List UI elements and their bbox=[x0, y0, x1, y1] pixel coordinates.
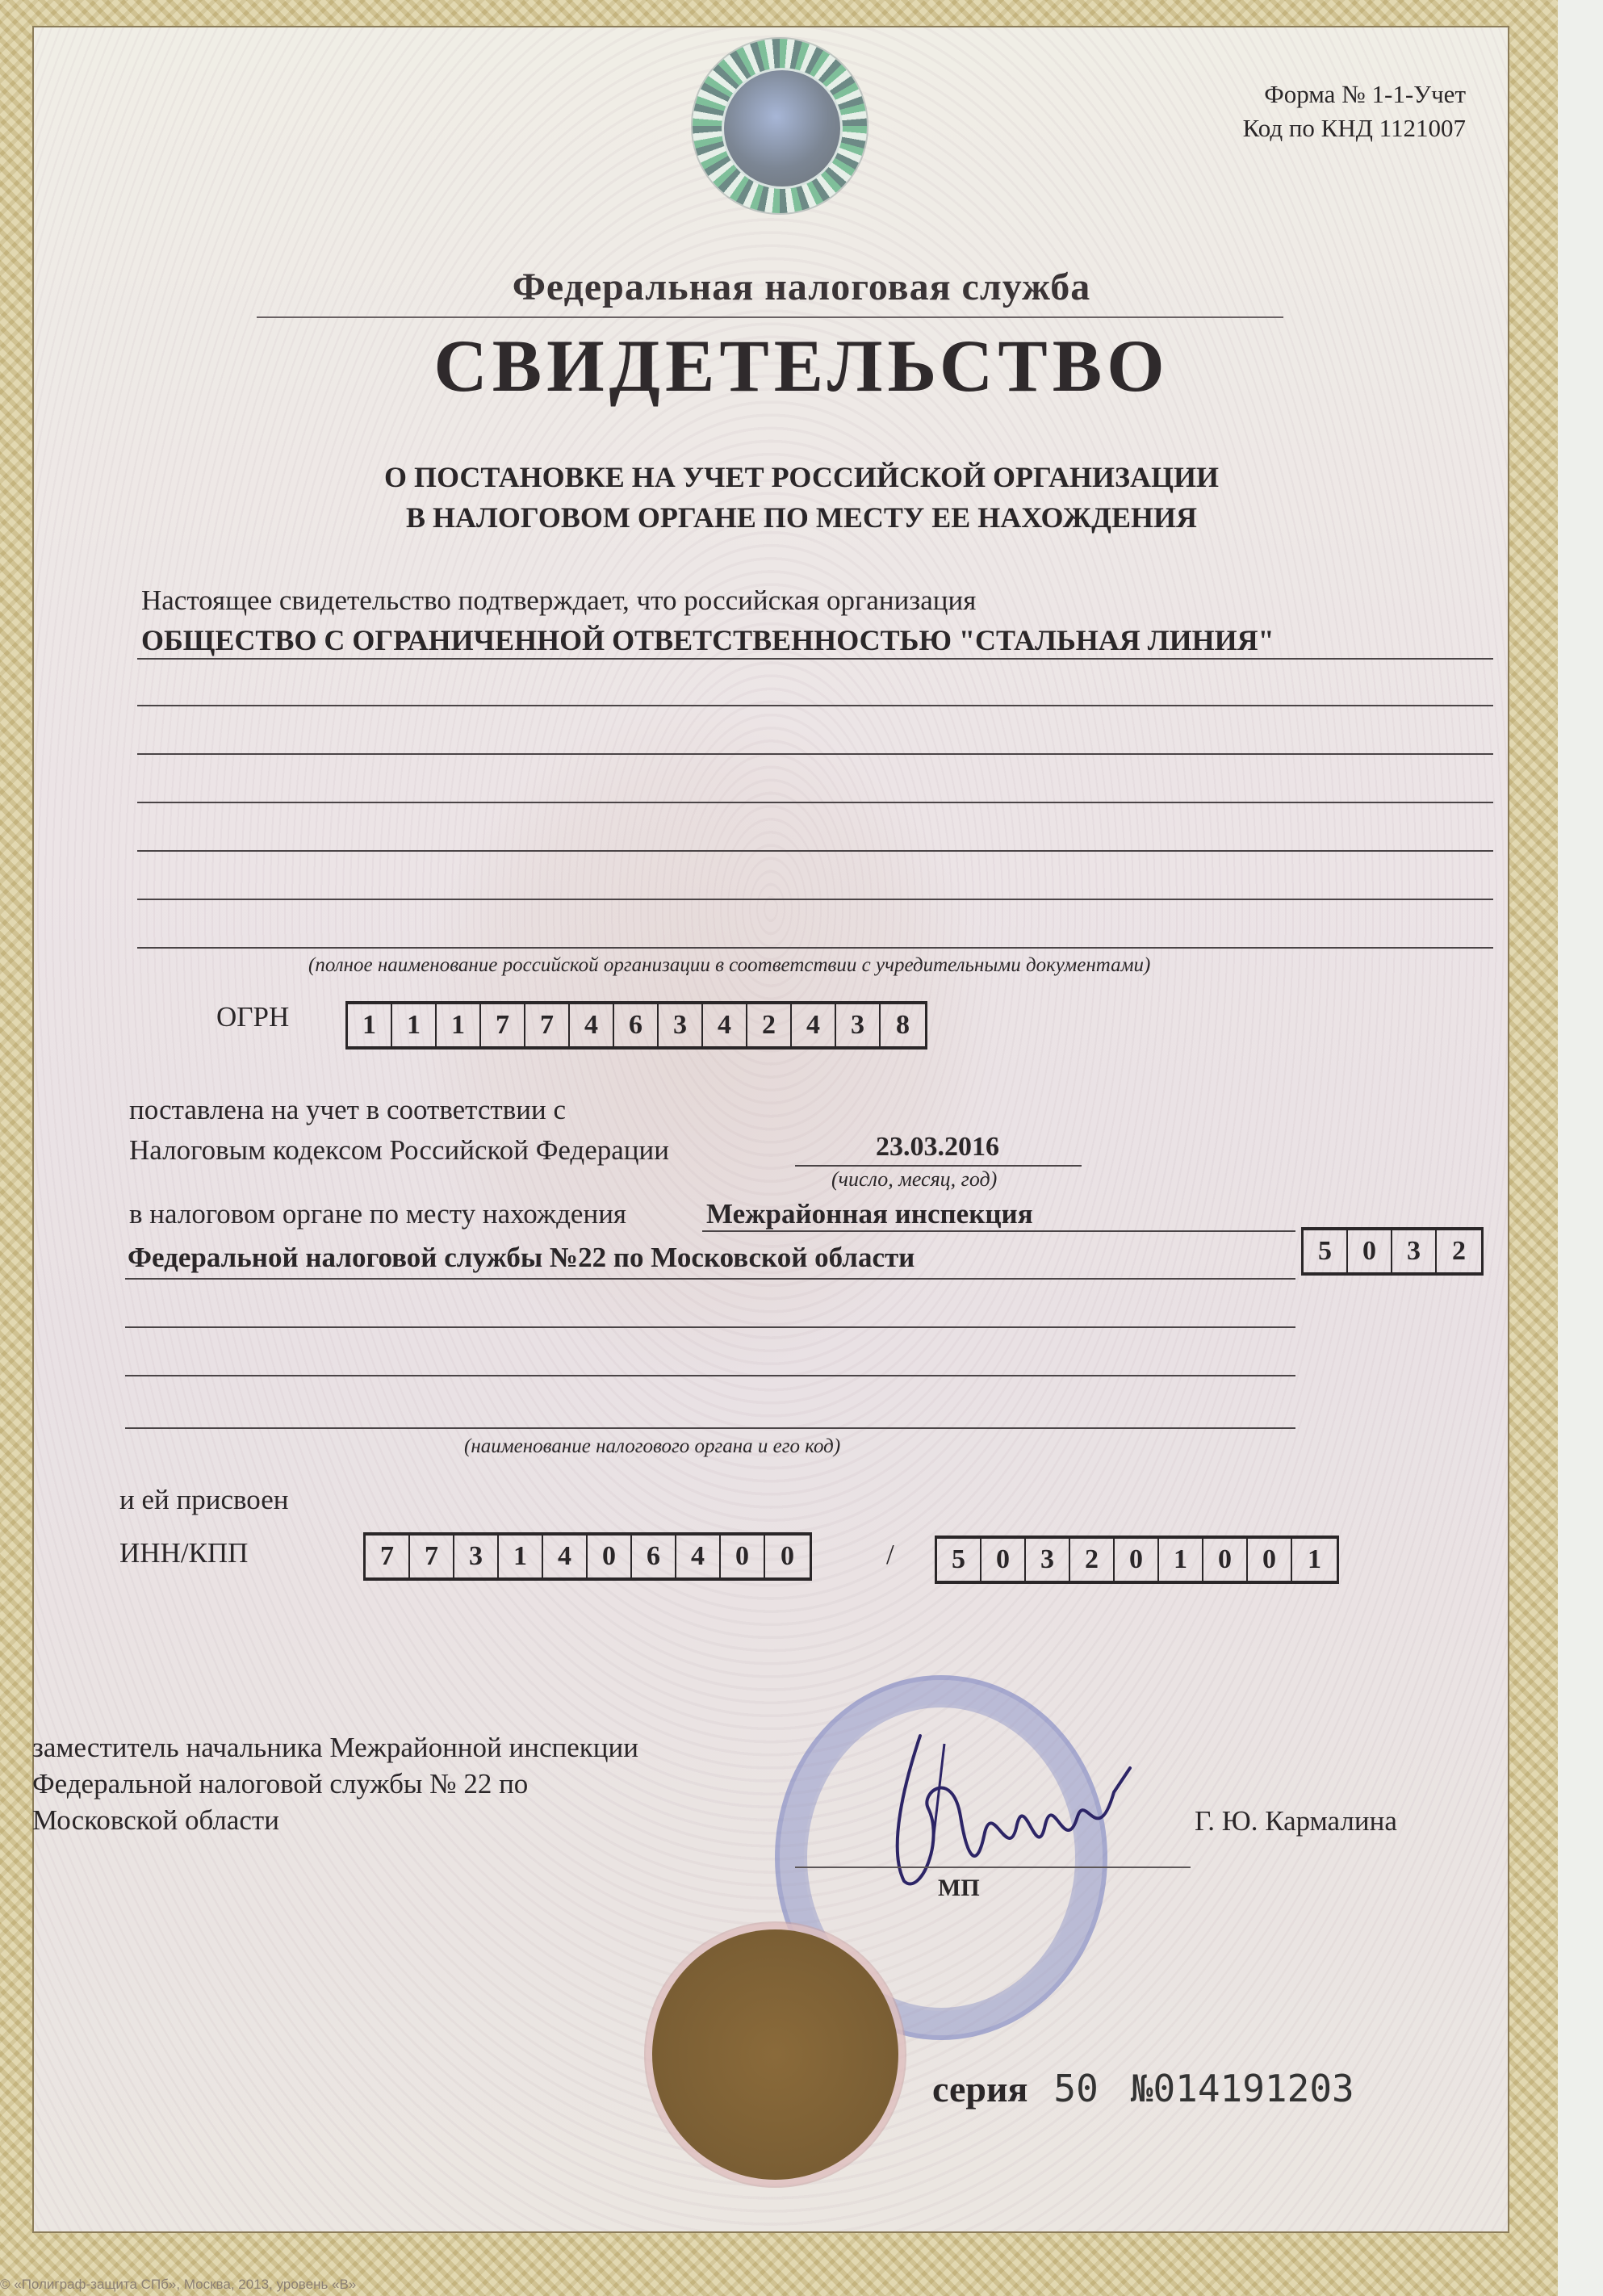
digit-cell: 5 bbox=[937, 1539, 981, 1581]
tax-authority-line bbox=[125, 1326, 1295, 1328]
subtitle-line-1: О ПОСТАНОВКЕ НА УЧЕТ РОССИЙСКОЙ ОРГАНИЗА… bbox=[0, 457, 1603, 497]
tax-authority-caption: (наименование налогового органа и его ко… bbox=[464, 1435, 840, 1458]
inn-cells: 7731406400 bbox=[363, 1532, 812, 1581]
digit-cell: 0 bbox=[1248, 1539, 1292, 1581]
digit-cell: 0 bbox=[721, 1536, 765, 1577]
digit-cell: 4 bbox=[676, 1536, 721, 1577]
digit-cell: 8 bbox=[881, 1004, 925, 1046]
organization-line bbox=[137, 753, 1493, 755]
tax-authority-code-cells: 5032 bbox=[1301, 1227, 1484, 1276]
tax-authority-intro: в налоговом органе по месту нахождения bbox=[129, 1198, 626, 1230]
security-seal-icon bbox=[652, 1929, 898, 2180]
knd-code: Код по КНД 1121007 bbox=[1243, 111, 1466, 145]
organization-line bbox=[137, 658, 1493, 660]
signatory-position-line-1: заместитель начальника Межрайонной инспе… bbox=[32, 1732, 638, 1764]
digit-cell: 7 bbox=[410, 1536, 454, 1577]
digit-cell: 1 bbox=[1159, 1539, 1203, 1581]
digit-cell: 7 bbox=[481, 1004, 525, 1046]
signatory-position-line-2: Федеральной налоговой службы № 22 по bbox=[32, 1768, 528, 1800]
subtitle-line-2: В НАЛОГОВОМ ОРГАНЕ ПО МЕСТУ ЕЕ НАХОЖДЕНИ… bbox=[0, 497, 1603, 538]
registration-line-1: поставлена на учет в соответствии с bbox=[129, 1094, 566, 1126]
ogrn-label: ОГРН bbox=[216, 1001, 289, 1033]
registration-date: 23.03.2016 bbox=[876, 1132, 999, 1163]
kpp-cells: 503201001 bbox=[935, 1536, 1339, 1584]
document-subtitle: О ПОСТАНОВКЕ НА УЧЕТ РОССИЙСКОЙ ОРГАНИЗА… bbox=[0, 457, 1603, 538]
organization-name: ОБЩЕСТВО С ОГРАНИЧЕННОЙ ОТВЕТСТВЕННОСТЬЮ… bbox=[141, 623, 1274, 657]
serial-label: серия bbox=[932, 2068, 1028, 2110]
digit-cell: 5 bbox=[1304, 1230, 1348, 1272]
digit-cell: 1 bbox=[1292, 1539, 1337, 1581]
tax-authority-name-line-2: Федеральной налоговой службы №22 по Моск… bbox=[128, 1242, 915, 1274]
organization-line bbox=[137, 899, 1493, 900]
inn-kpp-label: ИНН/КПП bbox=[119, 1537, 248, 1569]
hologram-emblem-icon bbox=[693, 39, 867, 213]
digit-cell: 3 bbox=[1026, 1539, 1070, 1581]
digit-cell: 3 bbox=[1392, 1230, 1437, 1272]
digit-cell: 7 bbox=[525, 1004, 570, 1046]
digit-cell: 3 bbox=[454, 1536, 499, 1577]
registration-line-2: Налоговым кодексом Российской Федерации bbox=[129, 1134, 669, 1167]
form-number: Форма № 1-1-Учет bbox=[1243, 78, 1466, 111]
inn-kpp-separator: / bbox=[886, 1539, 894, 1571]
tax-authority-line bbox=[702, 1230, 1295, 1232]
document-title: СВИДЕТЕЛЬСТВО bbox=[0, 323, 1603, 409]
digit-cell: 1 bbox=[437, 1004, 481, 1046]
serial-block: серия 50 №014191203 bbox=[932, 2067, 1354, 2110]
digit-cell: 2 bbox=[1437, 1230, 1481, 1272]
agency-name: Федеральная налоговая служба bbox=[0, 265, 1603, 309]
signature-icon bbox=[872, 1720, 1138, 1905]
digit-cell: 4 bbox=[703, 1004, 747, 1046]
tax-authority-line bbox=[125, 1427, 1295, 1429]
organization-line bbox=[137, 705, 1493, 706]
ogrn-cells: 1117746342438 bbox=[345, 1001, 927, 1050]
digit-cell: 4 bbox=[543, 1536, 588, 1577]
digit-cell: 2 bbox=[1070, 1539, 1115, 1581]
digit-cell: 7 bbox=[366, 1536, 410, 1577]
digit-cell: 1 bbox=[499, 1536, 543, 1577]
digit-cell: 4 bbox=[570, 1004, 614, 1046]
printer-imprint: © «Полиграф-защита СПб», Москва, 2013, у… bbox=[0, 2277, 356, 2293]
digit-cell: 3 bbox=[836, 1004, 881, 1046]
digit-cell: 0 bbox=[765, 1536, 810, 1577]
digit-cell: 0 bbox=[981, 1539, 1026, 1581]
digit-cell: 0 bbox=[1115, 1539, 1159, 1581]
digit-cell: 1 bbox=[348, 1004, 392, 1046]
digit-cell: 6 bbox=[632, 1536, 676, 1577]
digit-cell: 0 bbox=[1203, 1539, 1248, 1581]
tax-authority-line bbox=[125, 1278, 1295, 1280]
divider bbox=[257, 316, 1283, 318]
organization-line bbox=[137, 947, 1493, 949]
organization-intro: Настоящее свидетельство подтверждает, чт… bbox=[141, 584, 976, 617]
organization-line bbox=[137, 802, 1493, 803]
serial-number: №014191203 bbox=[1131, 2067, 1354, 2110]
signature-line bbox=[795, 1867, 1191, 1868]
date-line bbox=[795, 1165, 1082, 1167]
seal-mark: МП bbox=[938, 1875, 980, 1902]
signatory-position-line-3: Московской области bbox=[32, 1804, 279, 1837]
assigned-label: и ей присвоен bbox=[119, 1484, 288, 1516]
signatory-name: Г. Ю. Кармалина bbox=[1195, 1805, 1397, 1837]
digit-cell: 2 bbox=[747, 1004, 792, 1046]
serial-series: 50 bbox=[1053, 2067, 1098, 2110]
digit-cell: 0 bbox=[1348, 1230, 1392, 1272]
digit-cell: 6 bbox=[614, 1004, 659, 1046]
digit-cell: 1 bbox=[392, 1004, 437, 1046]
digit-cell: 4 bbox=[792, 1004, 836, 1046]
date-caption: (число, месяц, год) bbox=[831, 1167, 997, 1192]
tax-authority-line bbox=[125, 1375, 1295, 1376]
organization-line bbox=[137, 850, 1493, 852]
organization-caption: (полное наименование российской организа… bbox=[308, 954, 1150, 977]
form-codes: Форма № 1-1-Учет Код по КНД 1121007 bbox=[1243, 78, 1466, 145]
digit-cell: 3 bbox=[659, 1004, 703, 1046]
tax-authority-name-line-1: Межрайонная инспекция bbox=[706, 1198, 1033, 1230]
digit-cell: 0 bbox=[588, 1536, 632, 1577]
